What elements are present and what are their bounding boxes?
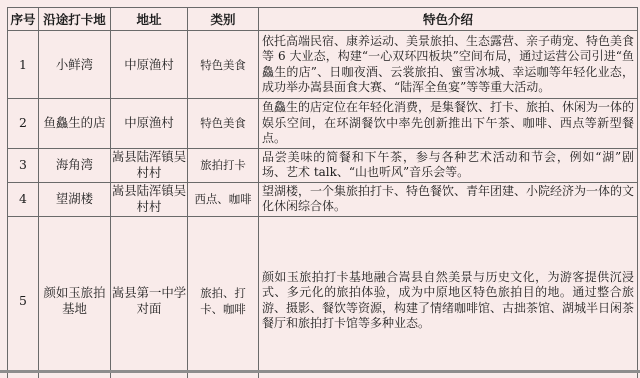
table-row: 4 望湖楼 嵩县陆浑镇吴村村 西点、咖啡 望湖楼，一个集旅拍打卡、特色餐饮、青年… — [8, 182, 638, 216]
table-header-row: 序号 沿途打卡地 地址 类别 特色介绍 — [8, 8, 638, 31]
cell-place-name: 颜如玉旅拍基地 — [39, 216, 111, 378]
checkin-places-table: 序号 沿途打卡地 地址 类别 特色介绍 1 小鲜湾 中原渔村 特色美食 依托高端… — [7, 7, 638, 378]
cell-index: 1 — [8, 31, 39, 99]
cell-place-name: 小鲜湾 — [39, 31, 111, 99]
cell-address: 嵩县第一中学对面 — [111, 216, 188, 378]
cell-place-name: 鱼鱻生的店 — [39, 99, 111, 149]
cell-index: 3 — [8, 148, 39, 182]
cell-feature: 依托高端民宿、康养运动、美景旅拍、生态露营、亲子萌宠、特色美食等 6 大业态，构… — [259, 31, 638, 99]
document-page: { "colors": { "page_background": "#f9ebe… — [0, 0, 640, 378]
table-row: 1 小鲜湾 中原渔村 特色美食 依托高端民宿、康养运动、美景旅拍、生态露营、亲子… — [8, 31, 638, 99]
header-feature: 特色介绍 — [259, 8, 638, 31]
cell-feature: 颜如玉旅拍打卡基地融合嵩县自然美景与历史文化，为游客提供沉浸式、多元化的旅拍体验… — [259, 216, 638, 378]
page-bottom-edge-line — [0, 370, 640, 373]
cell-index: 4 — [8, 182, 39, 216]
cell-place-name: 海角湾 — [39, 148, 111, 182]
cell-category: 西点、咖啡 — [188, 182, 259, 216]
cell-address: 嵩县陆浑镇吴村村 — [111, 182, 188, 216]
table-row: 5 颜如玉旅拍基地 嵩县第一中学对面 旅拍、打卡、咖啡 颜如玉旅拍打卡基地融合嵩… — [8, 216, 638, 378]
cell-index: 2 — [8, 99, 39, 149]
cell-address: 中原渔村 — [111, 99, 188, 149]
cell-category: 旅拍、打卡、咖啡 — [188, 216, 259, 378]
table-row: 2 鱼鱻生的店 中原渔村 特色美食 鱼鱻生的店定位在年轻化消费，是集餐饮、打卡、… — [8, 99, 638, 149]
cell-address: 中原渔村 — [111, 31, 188, 99]
header-category: 类别 — [188, 8, 259, 31]
cell-category: 特色美食 — [188, 99, 259, 149]
table-row: 3 海角湾 嵩县陆浑镇吴村村 旅拍打卡 品尝美味的简餐和下午茶，参与各种艺术活动… — [8, 148, 638, 182]
header-address: 地址 — [111, 8, 188, 31]
cell-feature: 鱼鱻生的店定位在年轻化消费，是集餐饮、打卡、旅拍、休闲为一体的娱乐空间，在环湖餐… — [259, 99, 638, 149]
cell-category: 旅拍打卡 — [188, 148, 259, 182]
header-index: 序号 — [8, 8, 39, 31]
cell-address: 嵩县陆浑镇吴村村 — [111, 148, 188, 182]
cell-place-name: 望湖楼 — [39, 182, 111, 216]
cell-feature: 品尝美味的简餐和下午茶，参与各种艺术活动和节会，例如“湖”剧场、艺术 talk、… — [259, 148, 638, 182]
header-place: 沿途打卡地 — [39, 8, 111, 31]
cell-index: 5 — [8, 216, 39, 378]
cell-feature: 望湖楼，一个集旅拍打卡、特色餐饮、青年团建、小院经济为一体的文化休闲综合体。 — [259, 182, 638, 216]
cell-category: 特色美食 — [188, 31, 259, 99]
